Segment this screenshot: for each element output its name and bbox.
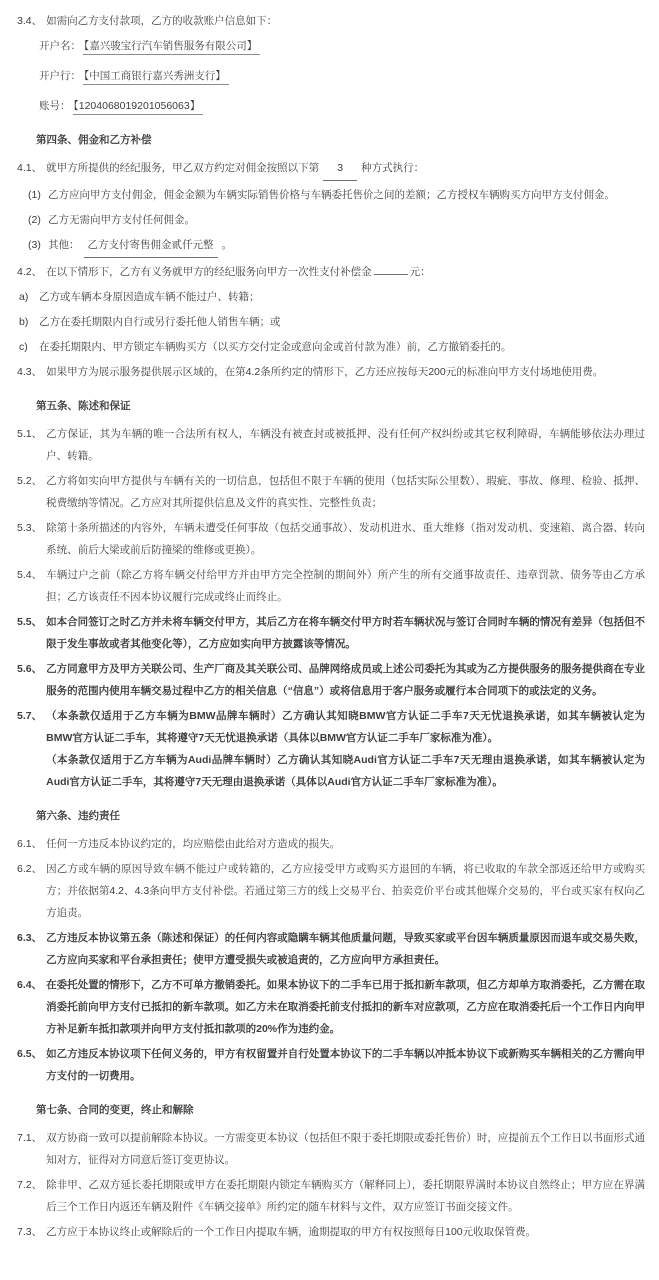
clause-paragraph: 如需向乙方支付款项，乙方的收款账户信息如下： <box>46 10 645 32</box>
clause-row: 4.3、如果甲方为展示服务提供展示区域的，在第4.2条所约定的情形下，乙方还应按… <box>0 361 645 383</box>
clause-row: 7.3、乙方应于本协议终止或解除后的一个工作日内提取车辆，逾期提取的甲方有权按照… <box>0 1221 645 1243</box>
clause-text: 双方协商一致可以提前解除本协议。一方需变更本协议（包括但不限于委托期限或委托售价… <box>46 1127 645 1171</box>
clause-text: 就甲方所提供的经纪服务，甲乙双方约定对佣金按照以下第3种方式执行： <box>46 157 645 181</box>
clause-text: 其他：乙方支付寄售佣金贰仟元整。 <box>48 234 645 258</box>
clause-text: 乙方将如实向甲方提供与车辆有关的一切信息，包括但不限于车辆的使用（包括实际公里数… <box>46 470 645 514</box>
clause-row: 6.1、任何一方违反本协议约定的，均应赔偿由此给对方造成的损失。 <box>0 833 645 855</box>
clause-text: 乙方在委托期限内自行或另行委托他人销售车辆；或 <box>39 311 645 333</box>
clause-row: (1)乙方应向甲方支付佣金，佣金金额为车辆实际销售价格与车辆委托售价之间的差额；… <box>0 184 645 206</box>
clause-number: 7.1、 <box>17 1127 46 1149</box>
clause-text: 除非甲、乙双方延长委托期限或甲方在委托期限内锁定车辆购买方（解释同上），委托期限… <box>46 1174 645 1218</box>
clause-text: 因乙方或车辆的原因导致车辆不能过户或转籍的，乙方应接受甲方或购买方退回的车辆，将… <box>46 858 645 924</box>
clause-text-post: 。 <box>222 239 233 251</box>
clause-row: 3.4、如需向乙方支付款项，乙方的收款账户信息如下： <box>0 10 645 32</box>
clause-paragraph: 除非甲、乙双方延长委托期限或甲方在委托期限内锁定车辆购买方（解释同上），委托期限… <box>46 1174 645 1218</box>
clause-paragraph: 在委托处置的情形下，乙方不可单方撤销委托。如果本协议下的二手车已用于抵扣新车款项… <box>46 974 645 1040</box>
clause-number: 5.6、 <box>17 658 46 680</box>
clause-text-post: 种方式执行： <box>361 162 424 174</box>
clause-number: 7.3、 <box>17 1221 46 1243</box>
clause-text-pre: 就甲方所提供的经纪服务，甲乙双方约定对佣金按照以下第 <box>46 162 319 174</box>
clause-number: 5.4、 <box>17 564 46 586</box>
clause-paragraph: （本条款仅适用于乙方车辆为BMW品牌车辆时）乙方确认其知晓BMW官方认证二手车7… <box>46 705 645 749</box>
clause-paragraph: 如本合同签订之时乙方并未将车辆交付甲方，其后乙方在将车辆交付甲方时若车辆状况与签… <box>46 611 645 655</box>
clause-text-pre: 其他： <box>48 239 80 251</box>
field-value: 【嘉兴骏宝行汽车销售服务有限公司】 <box>83 40 260 55</box>
account-field-row: 开户名：【嘉兴骏宝行汽车销售服务有限公司】 <box>0 35 645 57</box>
clause-number: 5.3、 <box>17 517 46 539</box>
clause-number: 3.4、 <box>17 10 46 32</box>
clause-text: 任何一方违反本协议约定的，均应赔偿由此给对方造成的损失。 <box>46 833 645 855</box>
clause-row: 5.5、如本合同签订之时乙方并未将车辆交付甲方，其后乙方在将车辆交付甲方时若车辆… <box>0 611 645 655</box>
clause-paragraph: 乙方同意甲方及甲方关联公司、生产厂商及其关联公司、品牌网络成员或上述公司委托为其… <box>46 658 645 702</box>
clause-paragraph: 如乙方违反本协议项下任何义务的，甲方有权留置并自行处置本协议下的二手车辆以冲抵本… <box>46 1043 645 1087</box>
clause-number: (3) <box>28 234 48 256</box>
clause-text: 乙方或车辆本身原因造成车辆不能过户、转籍； <box>39 286 645 308</box>
clause-paragraph: 车辆过户之前（除乙方将车辆交付给甲方并由甲方完全控制的期间外）所产生的所有交通事… <box>46 564 645 608</box>
clause-number: c) <box>19 336 39 358</box>
clause-row: 6.4、在委托处置的情形下，乙方不可单方撤销委托。如果本协议下的二手车已用于抵扣… <box>0 974 645 1040</box>
clause-paragraph: 乙方无需向甲方支付任何佣金。 <box>48 209 645 231</box>
clause-paragraph: 在委托期限内、甲方锁定车辆购买方（以买方交付定金或意向金或首付款为准）前，乙方撤… <box>39 336 645 358</box>
clause-row: 4.1、就甲方所提供的经纪服务，甲乙双方约定对佣金按照以下第3种方式执行： <box>0 157 645 181</box>
clause-text-post: 元： <box>410 266 431 278</box>
clause-paragraph: 除第十条所描述的内容外，车辆未遭受任何事故（包括交通事故）、发动机进水、重大维修… <box>46 517 645 561</box>
clause-paragraph: 乙方在委托期限内自行或另行委托他人销售车辆；或 <box>39 311 645 333</box>
clause-text: 在以下情形下，乙方有义务就甲方的经纪服务向甲方一次性支付补偿金元： <box>46 261 645 283</box>
clause-row: 5.7、（本条款仅适用于乙方车辆为BMW品牌车辆时）乙方确认其知晓BMW官方认证… <box>0 705 645 793</box>
fill-in-value: 3 <box>323 157 357 181</box>
account-field-row: 开户行：【中国工商银行嘉兴秀洲支行】 <box>0 65 645 87</box>
clause-number: 6.5、 <box>17 1043 46 1065</box>
clause-row: 7.2、除非甲、乙双方延长委托期限或甲方在委托期限内锁定车辆购买方（解释同上），… <box>0 1174 645 1218</box>
clause-number: 4.3、 <box>17 361 46 383</box>
clause-number: 6.4、 <box>17 974 46 996</box>
section-heading: 第四条、佣金和乙方补偿 <box>0 129 645 151</box>
section-heading: 第七条、合同的变更，终止和解除 <box>0 1099 645 1121</box>
section-heading: 第六条、违约责任 <box>0 805 645 827</box>
clause-text: 如乙方违反本协议项下任何义务的，甲方有权留置并自行处置本协议下的二手车辆以冲抵本… <box>46 1043 645 1087</box>
clause-number: 6.3、 <box>17 927 46 949</box>
clause-row: 7.1、双方协商一致可以提前解除本协议。一方需变更本协议（包括但不限于委托期限或… <box>0 1127 645 1171</box>
field-label: 开户行： <box>39 70 83 82</box>
section-heading: 第五条、陈述和保证 <box>0 395 645 417</box>
clause-number: 5.1、 <box>17 423 46 445</box>
clause-paragraph: （本条款仅适用于乙方车辆为Audi品牌车辆时）乙方确认其知晓Audi官方认证二手… <box>46 749 645 793</box>
clause-row: 5.4、车辆过户之前（除乙方将车辆交付给甲方并由甲方完全控制的期间外）所产生的所… <box>0 564 645 608</box>
clause-paragraph: 因乙方或车辆的原因导致车辆不能过户或转籍的，乙方应接受甲方或购买方退回的车辆，将… <box>46 858 645 924</box>
clause-paragraph: 乙方应于本协议终止或解除后的一个工作日内提取车辆，逾期提取的甲方有权按照每日10… <box>46 1221 645 1243</box>
clause-row: 6.2、因乙方或车辆的原因导致车辆不能过户或转籍的，乙方应接受甲方或购买方退回的… <box>0 858 645 924</box>
field-value: 【中国工商银行嘉兴秀洲支行】 <box>83 70 229 85</box>
field-value: 【1204068019201056063】 <box>73 100 204 115</box>
clause-number: 5.7、 <box>17 705 46 727</box>
clause-text: 如需向乙方支付款项，乙方的收款账户信息如下： <box>46 10 645 32</box>
clause-text: 乙方无需向甲方支付任何佣金。 <box>48 209 645 231</box>
clause-text: 乙方保证，其为车辆的唯一合法所有权人，车辆没有被查封或被抵押、没有任何产权纠纷或… <box>46 423 645 467</box>
blank-fill <box>374 262 408 275</box>
clause-number: (1) <box>28 184 48 206</box>
clause-paragraph: 任何一方违反本协议约定的，均应赔偿由此给对方造成的损失。 <box>46 833 645 855</box>
clause-number: 5.5、 <box>17 611 46 633</box>
clause-row: 5.1、乙方保证，其为车辆的唯一合法所有权人，车辆没有被查封或被抵押、没有任何产… <box>0 423 645 467</box>
clause-text: 在委托期限内、甲方锁定车辆购买方（以买方交付定金或意向金或首付款为准）前，乙方撤… <box>39 336 645 358</box>
clause-paragraph: 乙方将如实向甲方提供与车辆有关的一切信息，包括但不限于车辆的使用（包括实际公里数… <box>46 470 645 514</box>
clause-row: 5.2、乙方将如实向甲方提供与车辆有关的一切信息，包括但不限于车辆的使用（包括实… <box>0 470 645 514</box>
field-label: 开户名： <box>39 40 83 52</box>
clause-paragraph: 乙方应向甲方支付佣金，佣金金额为车辆实际销售价格与车辆委托售价之间的差额；乙方授… <box>48 184 645 206</box>
field-label: 账号： <box>39 100 73 112</box>
clause-text: 如果甲方为展示服务提供展示区域的，在第4.2条所约定的情形下，乙方还应按每天20… <box>46 361 645 383</box>
clause-text: 除第十条所描述的内容外，车辆未遭受任何事故（包括交通事故）、发动机进水、重大维修… <box>46 517 645 561</box>
clause-row: 5.3、除第十条所描述的内容外，车辆未遭受任何事故（包括交通事故）、发动机进水、… <box>0 517 645 561</box>
clause-text: 车辆过户之前（除乙方将车辆交付给甲方并由甲方完全控制的期间外）所产生的所有交通事… <box>46 564 645 608</box>
clause-text: （本条款仅适用于乙方车辆为BMW品牌车辆时）乙方确认其知晓BMW官方认证二手车7… <box>46 705 645 793</box>
fill-in-value: 乙方支付寄售佣金贰仟元整 <box>84 234 218 258</box>
clause-number: 5.2、 <box>17 470 46 492</box>
clause-text-pre: 在以下情形下，乙方有义务就甲方的经纪服务向甲方一次性支付补偿金 <box>46 266 372 278</box>
clause-row: (2)乙方无需向甲方支付任何佣金。 <box>0 209 645 231</box>
clause-paragraph: 乙方保证，其为车辆的唯一合法所有权人，车辆没有被查封或被抵押、没有任何产权纠纷或… <box>46 423 645 467</box>
clause-number: (2) <box>28 209 48 231</box>
clause-text: 乙方应向甲方支付佣金，佣金金额为车辆实际销售价格与车辆委托售价之间的差额；乙方授… <box>48 184 645 206</box>
clause-number: 4.2、 <box>17 261 46 283</box>
clause-text: 在委托处置的情形下，乙方不可单方撤销委托。如果本协议下的二手车已用于抵扣新车款项… <box>46 974 645 1040</box>
clause-number: 6.2、 <box>17 858 46 880</box>
account-field-row: 账号：【1204068019201056063】 <box>0 95 645 117</box>
contract-page: 3.4、如需向乙方支付款项，乙方的收款账户信息如下：开户名：【嘉兴骏宝行汽车销售… <box>0 0 659 1280</box>
clause-text: 如本合同签订之时乙方并未将车辆交付甲方，其后乙方在将车辆交付甲方时若车辆状况与签… <box>46 611 645 655</box>
clause-row: b)乙方在委托期限内自行或另行委托他人销售车辆；或 <box>0 311 645 333</box>
clause-number: b) <box>19 311 39 333</box>
clause-number: a) <box>19 286 39 308</box>
clause-row: c)在委托期限内、甲方锁定车辆购买方（以买方交付定金或意向金或首付款为准）前，乙… <box>0 336 645 358</box>
clause-text: 乙方应于本协议终止或解除后的一个工作日内提取车辆，逾期提取的甲方有权按照每日10… <box>46 1221 645 1243</box>
clause-text: 乙方违反本协议第五条（陈述和保证）的任何内容或隐瞒车辆其他质量问题，导致买家或平… <box>46 927 645 971</box>
clause-paragraph: 双方协商一致可以提前解除本协议。一方需变更本协议（包括但不限于委托期限或委托售价… <box>46 1127 645 1171</box>
clause-paragraph: 乙方违反本协议第五条（陈述和保证）的任何内容或隐瞒车辆其他质量问题，导致买家或平… <box>46 927 645 971</box>
clause-number: 6.1、 <box>17 833 46 855</box>
clause-number: 7.2、 <box>17 1174 46 1196</box>
clause-row: (3)其他：乙方支付寄售佣金贰仟元整。 <box>0 234 645 258</box>
clause-text: 乙方同意甲方及甲方关联公司、生产厂商及其关联公司、品牌网络成员或上述公司委托为其… <box>46 658 645 702</box>
clause-paragraph: 乙方或车辆本身原因造成车辆不能过户、转籍； <box>39 286 645 308</box>
clause-row: 4.2、在以下情形下，乙方有义务就甲方的经纪服务向甲方一次性支付补偿金元： <box>0 261 645 283</box>
contract-body: 3.4、如需向乙方支付款项，乙方的收款账户信息如下：开户名：【嘉兴骏宝行汽车销售… <box>0 10 645 1243</box>
clause-row: 6.3、乙方违反本协议第五条（陈述和保证）的任何内容或隐瞒车辆其他质量问题，导致… <box>0 927 645 971</box>
clause-paragraph: 如果甲方为展示服务提供展示区域的，在第4.2条所约定的情形下，乙方还应按每天20… <box>46 361 645 383</box>
clause-row: 6.5、如乙方违反本协议项下任何义务的，甲方有权留置并自行处置本协议下的二手车辆… <box>0 1043 645 1087</box>
clause-row: a)乙方或车辆本身原因造成车辆不能过户、转籍； <box>0 286 645 308</box>
clause-row: 5.6、乙方同意甲方及甲方关联公司、生产厂商及其关联公司、品牌网络成员或上述公司… <box>0 658 645 702</box>
clause-number: 4.1、 <box>17 157 46 179</box>
